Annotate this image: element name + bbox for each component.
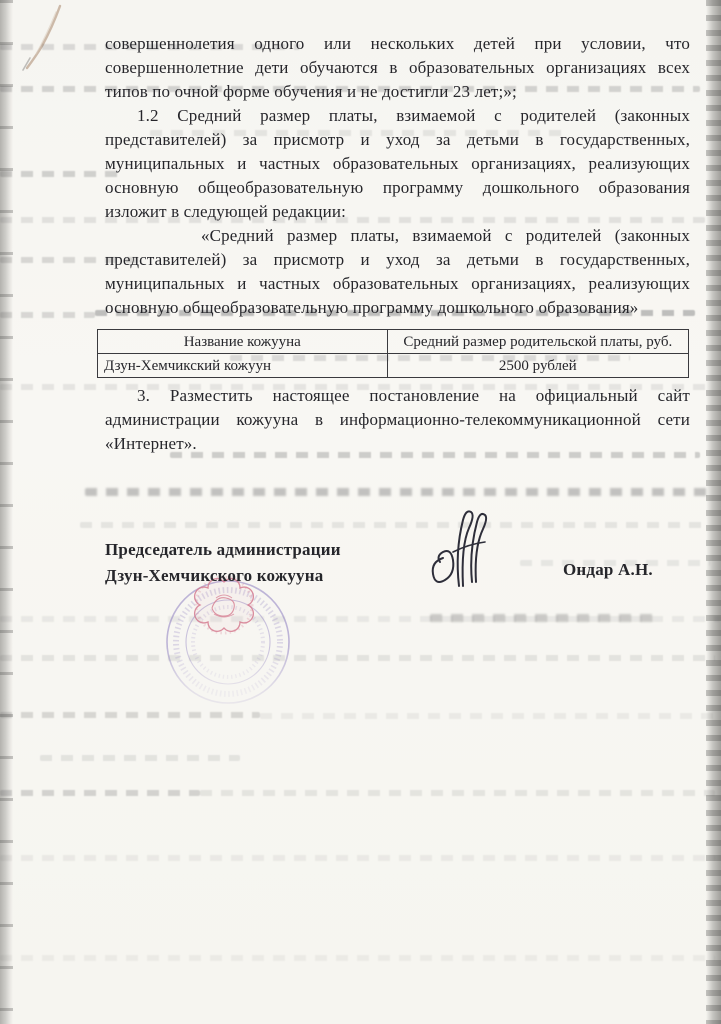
paragraph-3: 3. Разместить настоящее постановление на… [105,384,690,456]
signoff-title-line1: Председатель администрации [105,537,341,563]
paragraph-quote: «Средний размер платы, взимаемой с родит… [105,224,690,320]
signoff-title: Председатель администрации Дзун-Хемчикск… [105,537,341,589]
bleed-line [200,790,715,796]
table-cell-kozhuun-name: Дзун-Хемчикский кожуун [98,354,388,378]
bleed-line [0,312,95,318]
bleed-ghost-text [85,488,710,496]
table-cell-fee-value: 2500 рублей [387,354,688,378]
bleed-line [0,855,715,861]
table-header-row: Название кожууна Средний размер родитель… [98,330,689,354]
table-header-kozhuun: Название кожууна [98,330,388,354]
bleed-line [260,713,715,719]
bleed-line [0,655,715,661]
bleed-line [80,522,710,528]
bleed-line [40,755,240,761]
pen-mark [14,0,74,80]
bleed-line [0,171,120,177]
paragraph-3-container: 3. Разместить настоящее постановление на… [105,384,690,456]
fee-table: Название кожууна Средний размер родитель… [97,329,689,378]
handwritten-signature [425,498,489,594]
scan-edge-right [706,0,721,1024]
bleed-line [0,616,720,622]
official-round-stamp [152,576,302,716]
signoff-title-line2: Дзун-Хемчикского кожууна [105,563,341,589]
scanned-document-page: совершеннолетия одного или нескольких де… [0,0,721,1024]
table-header-fee: Средний размер родительской платы, руб. [387,330,688,354]
table-row: Дзун-Хемчикский кожуун 2500 рублей [98,354,689,378]
scan-edge-left [0,0,13,1024]
bleed-line [0,955,715,961]
paragraph-1-2: 1.2 Средний размер платы, взимаемой с ро… [105,104,690,224]
document-body: совершеннолетия одного или нескольких де… [105,32,690,320]
paragraph-intro: совершеннолетия одного или нескольких де… [105,32,690,104]
signer-name: Ондар А.Н. [563,560,653,580]
bleed-ghost-text [430,614,660,622]
bleed-line [0,790,200,796]
